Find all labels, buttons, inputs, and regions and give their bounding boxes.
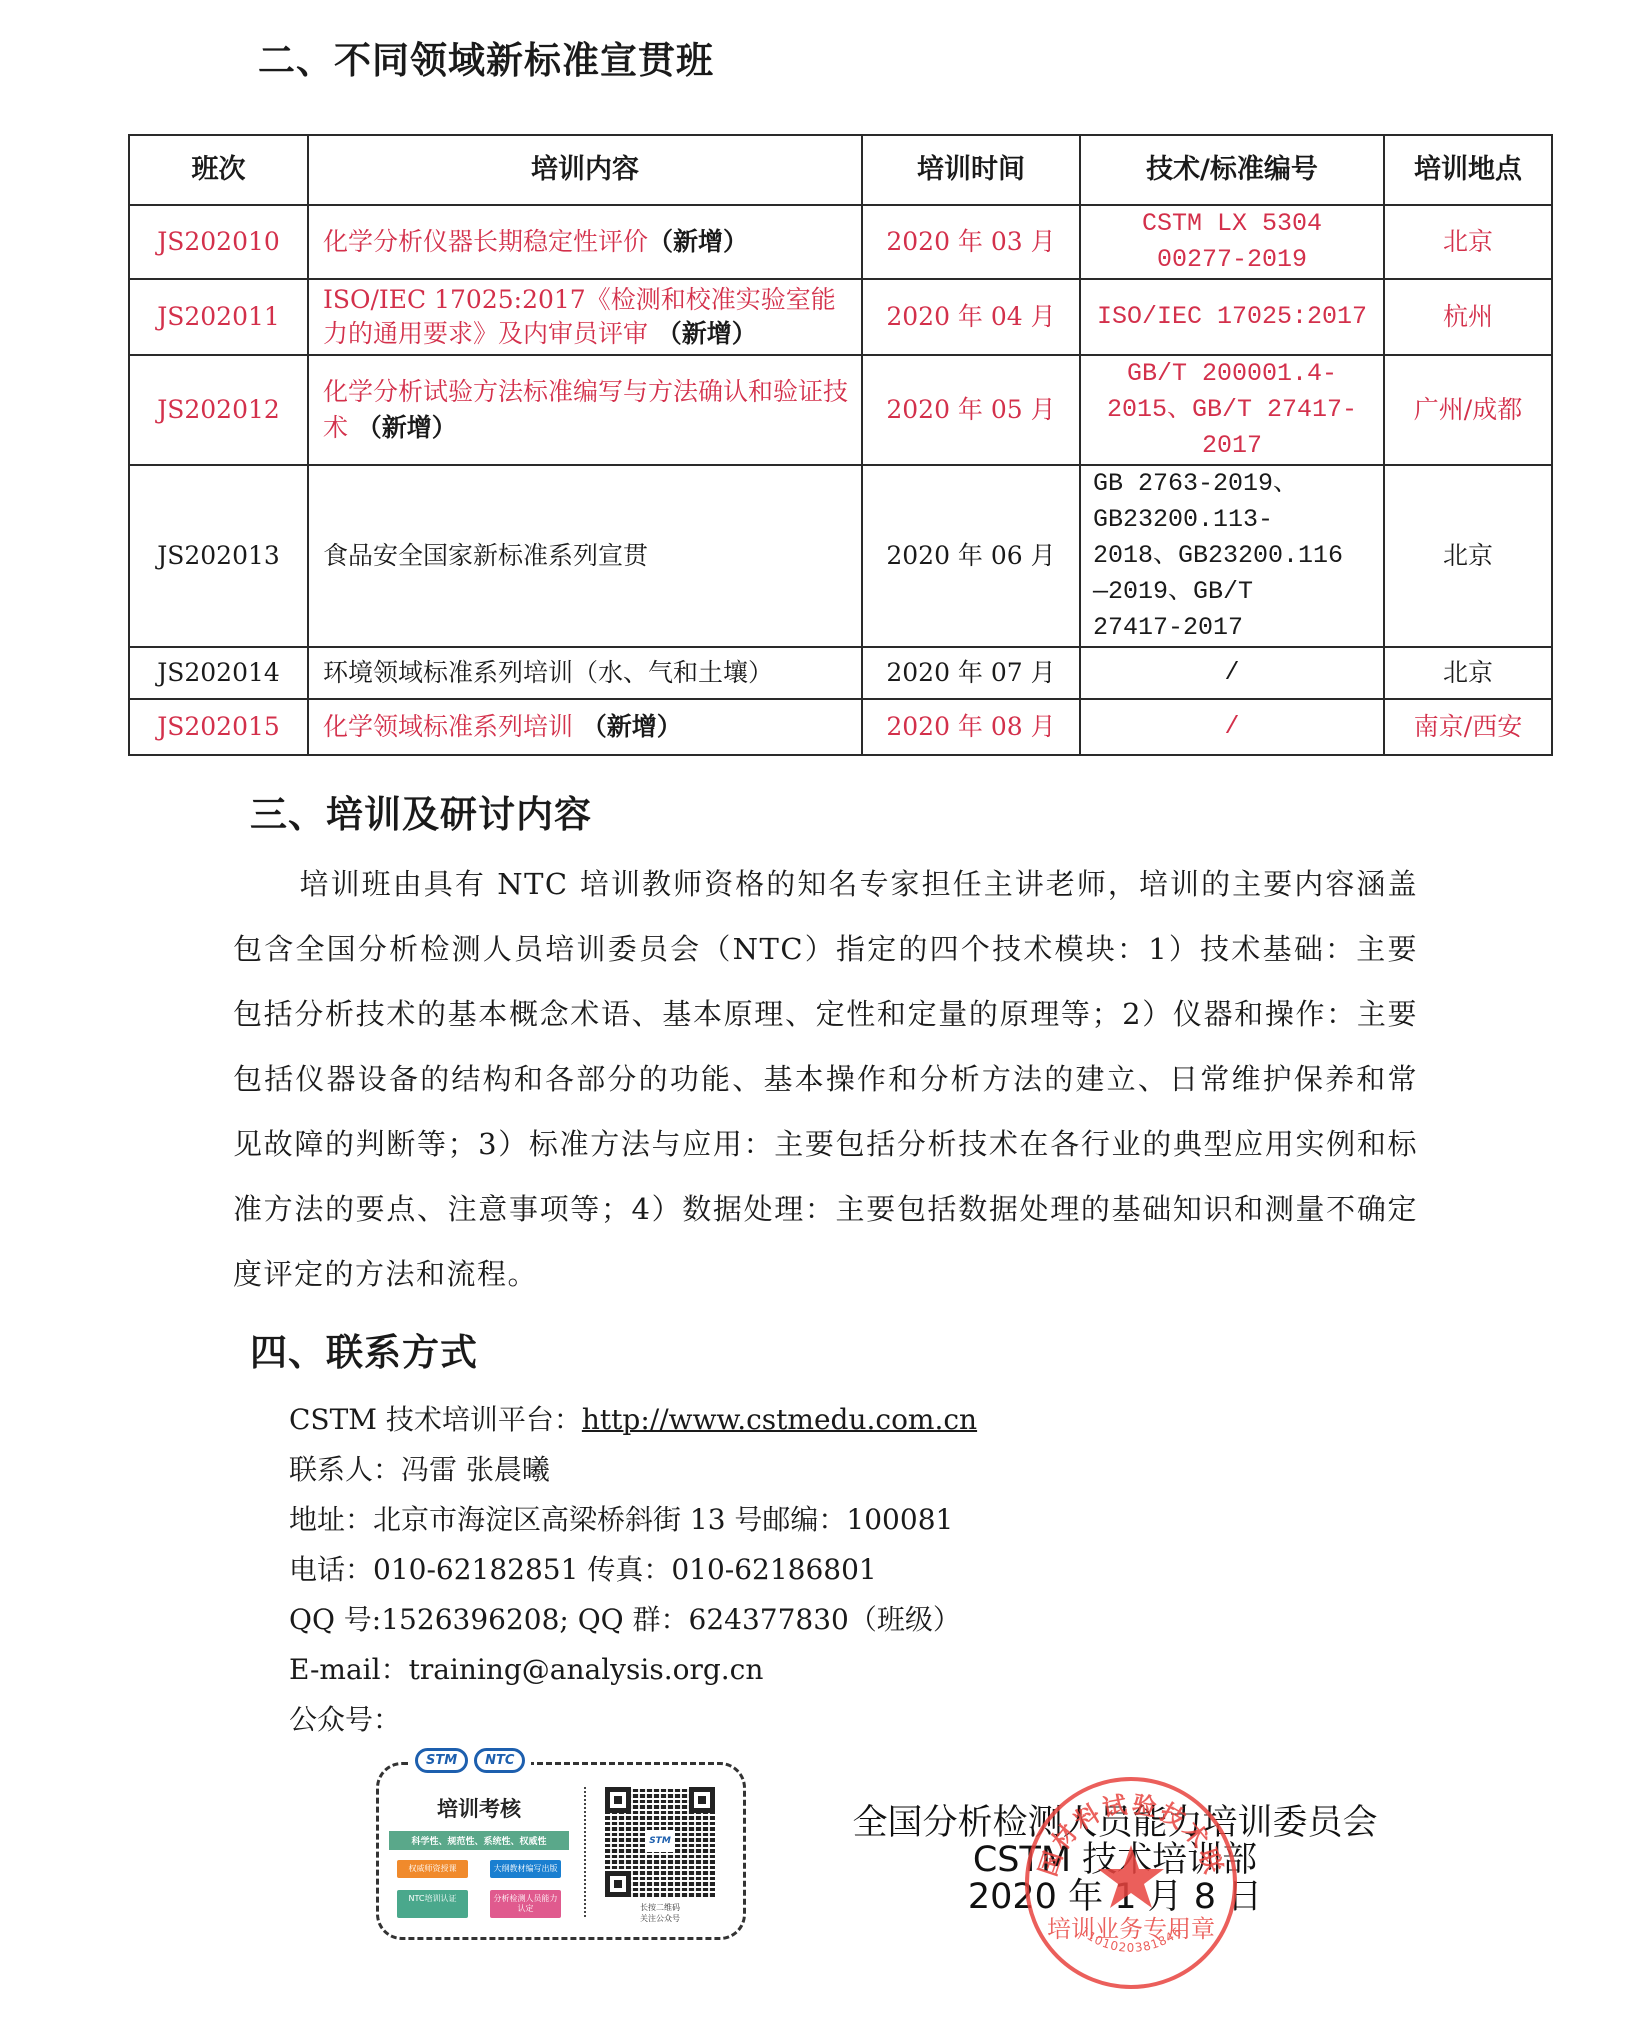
- header-content: 培训内容: [308, 135, 862, 205]
- card-tag: NTC培训认证: [397, 1890, 468, 1918]
- card-tag: 大纲教材编写出版: [490, 1860, 561, 1878]
- header-time: 培训时间: [862, 135, 1080, 205]
- content-text: 环境领域标准系列培训（水、气和土壤）: [323, 658, 773, 687]
- header-class-id: 班次: [129, 135, 308, 205]
- qr-center-logo: STM: [645, 1830, 675, 1852]
- course-table: 班次 培训内容 培训时间 技术/标准编号 培训地点 JS202010 化学分析仪…: [128, 134, 1553, 756]
- card-divider: [584, 1787, 586, 1917]
- signature-org: 全国分析检测人员能力培训委员会: [800, 1805, 1430, 1842]
- cell-location: 广州/成都: [1384, 355, 1552, 465]
- section4-heading: 四、联系方式: [250, 1322, 478, 1376]
- cell-time: 2020 年 03 月: [862, 205, 1080, 279]
- cell-class-id: JS202013: [129, 465, 308, 647]
- card-title: 培训考核: [389, 1793, 569, 1823]
- cell-location: 北京: [1384, 465, 1552, 647]
- section3-heading: 三、培训及研讨内容: [250, 784, 592, 838]
- cell-class-id: JS202014: [129, 647, 308, 699]
- wechat-qr-card: STM NTC 培训考核 科学性、规范性、系统性、权威性 权威师资授课 大纲教材…: [376, 1762, 746, 1940]
- card-banner: 科学性、规范性、系统性、权威性: [389, 1831, 569, 1850]
- cell-location: 南京/西安: [1384, 699, 1552, 755]
- cell-content: 环境领域标准系列培训（水、气和土壤）: [308, 647, 862, 699]
- platform-line: CSTM 技术培训平台：http://www.cstmedu.com.cn: [289, 1398, 977, 1448]
- card-tag: 分析检测人员能力认定: [490, 1890, 561, 1918]
- qq-info: QQ 号:1526396208; QQ 群：624377830（班级）: [289, 1598, 977, 1648]
- cell-class-id: JS202011: [129, 279, 308, 355]
- cell-time: 2020 年 08 月: [862, 699, 1080, 755]
- new-tag: （新增）: [648, 319, 757, 348]
- svg-text:1101020381846: 1101020381846: [1077, 1924, 1184, 1955]
- qr-caption-line: 长按二维码: [605, 1902, 715, 1913]
- paragraph-text: 培训班由具有 NTC 培训教师资格的知名专家担任主讲老师，培训的主要内容涵盖包含…: [233, 867, 1418, 1291]
- platform-label: CSTM 技术培训平台：: [289, 1403, 582, 1436]
- cell-standard: /: [1080, 647, 1384, 699]
- qr-caption: 长按二维码 关注公众号: [605, 1902, 715, 1924]
- cell-location: 杭州: [1384, 279, 1552, 355]
- content-text: 化学领域标准系列培训: [323, 712, 573, 741]
- signature-dept: CSTM 技术培训部: [800, 1842, 1430, 1879]
- cell-content: 化学分析试验方法标准编写与方法确认和验证技术 （新增）: [308, 355, 862, 465]
- table-row: JS202011 ISO/IEC 17025:2017《检测和校准实验室能力的通…: [129, 279, 1552, 355]
- table-row: JS202012 化学分析试验方法标准编写与方法确认和验证技术 （新增） 202…: [129, 355, 1552, 465]
- qr-caption-line: 关注公众号: [605, 1913, 715, 1924]
- training-content-paragraph: 培训班由具有 NTC 培训教师资格的知名专家担任主讲老师，培训的主要内容涵盖包含…: [233, 852, 1418, 1307]
- cell-location: 北京: [1384, 647, 1552, 699]
- cell-class-id: JS202015: [129, 699, 308, 755]
- cell-time: 2020 年 07 月: [862, 647, 1080, 699]
- card-info: 培训考核 科学性、规范性、系统性、权威性 权威师资授课 大纲教材编写出版 NTC…: [389, 1785, 569, 1918]
- table-row: JS202010 化学分析仪器长期稳定性评价（新增） 2020 年 03 月 C…: [129, 205, 1552, 279]
- cell-standard: CSTM LX 5304 00277-2019: [1080, 205, 1384, 279]
- table-row: JS202014 环境领域标准系列培训（水、气和土壤） 2020 年 07 月 …: [129, 647, 1552, 699]
- new-tag: （新增）: [573, 712, 682, 741]
- table-header-row: 班次 培训内容 培训时间 技术/标准编号 培训地点: [129, 135, 1552, 205]
- card-tag: 权威师资授课: [397, 1860, 468, 1878]
- qr-finder-icon: [605, 1787, 631, 1813]
- content-text: 化学分析仪器长期稳定性评价: [323, 227, 648, 256]
- qr-finder-icon: [605, 1871, 631, 1897]
- cell-class-id: JS202012: [129, 355, 308, 465]
- email: E-mail：training@analysis.org.cn: [289, 1648, 977, 1698]
- cell-content: ISO/IEC 17025:2017《检测和校准实验室能力的通用要求》及内审员评…: [308, 279, 862, 355]
- cell-standard: /: [1080, 699, 1384, 755]
- seal-number: 1101020381846: [1077, 1924, 1184, 1955]
- cell-time: 2020 年 06 月: [862, 465, 1080, 647]
- cell-standard: ISO/IEC 17025:2017: [1080, 279, 1384, 355]
- table-row: JS202013 食品安全国家新标准系列宣贯 2020 年 06 月 GB 27…: [129, 465, 1552, 647]
- cstm-logo: STM: [415, 1748, 468, 1773]
- platform-link[interactable]: http://www.cstmedu.com.cn: [582, 1403, 977, 1436]
- seal-bottom-text: 培训业务专用章: [1047, 1915, 1215, 1943]
- content-text: ISO/IEC 17025:2017《检测和校准实验室能力的通用要求》及内审员评…: [323, 285, 836, 348]
- ntc-logo: NTC: [474, 1748, 525, 1773]
- new-tag: （新增）: [648, 227, 748, 256]
- cell-content: 化学领域标准系列培训 （新增）: [308, 699, 862, 755]
- signature-date: 2020 年 1 月 8 日: [800, 1879, 1430, 1916]
- qr-finder-icon: [689, 1787, 715, 1813]
- cell-standard: GB/T 200001.4-2015、GB/T 27417-2017: [1080, 355, 1384, 465]
- cell-time: 2020 年 05 月: [862, 355, 1080, 465]
- section2-heading: 二、不同领域新标准宣贯班: [258, 30, 714, 84]
- table-row: JS202015 化学领域标准系列培训 （新增） 2020 年 08 月 / 南…: [129, 699, 1552, 755]
- cell-content: 食品安全国家新标准系列宣贯: [308, 465, 862, 647]
- cell-class-id: JS202010: [129, 205, 308, 279]
- content-text: 食品安全国家新标准系列宣贯: [323, 541, 648, 570]
- contact-info: CSTM 技术培训平台：http://www.cstmedu.com.cn 联系…: [289, 1398, 977, 1748]
- new-tag: （新增）: [348, 413, 457, 442]
- card-tags: 权威师资授课 大纲教材编写出版 NTC培训认证 分析检测人员能力认定: [389, 1860, 569, 1918]
- signature-block: 全国分析检测人员能力培训委员会 CSTM 技术培训部 2020 年 1 月 8 …: [800, 1805, 1430, 1916]
- header-location: 培训地点: [1384, 135, 1552, 205]
- card-logos: STM NTC: [409, 1748, 531, 1773]
- cell-time: 2020 年 04 月: [862, 279, 1080, 355]
- qr-code-icon[interactable]: STM: [605, 1787, 715, 1897]
- cell-content: 化学分析仪器长期稳定性评价（新增）: [308, 205, 862, 279]
- contact-person: 联系人：冯雷 张晨曦: [289, 1448, 977, 1498]
- cell-location: 北京: [1384, 205, 1552, 279]
- address: 地址：北京市海淀区高梁桥斜街 13 号邮编：100081: [289, 1498, 977, 1548]
- header-standard: 技术/标准编号: [1080, 135, 1384, 205]
- cell-standard: GB 2763-2019、GB23200.113-2018、GB23200.11…: [1080, 465, 1384, 647]
- phone-fax: 电话：010-62182851 传真：010-62186801: [289, 1548, 977, 1598]
- wechat-label: 公众号：: [289, 1698, 977, 1748]
